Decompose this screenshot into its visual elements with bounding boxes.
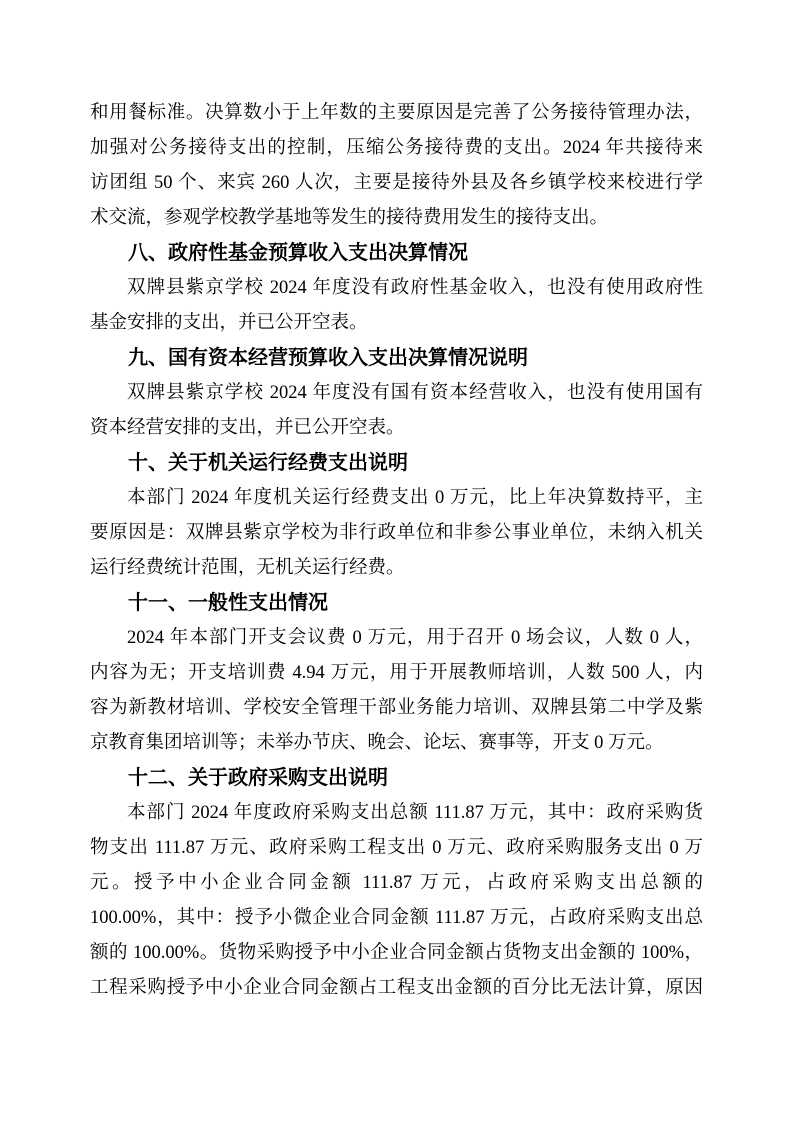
heading-section-11-general-expenditure: 十一、一般性支出情况 xyxy=(90,586,703,621)
text-line: 双牌县紫京学校 2024 年度没有国有资本经营收入，也没有使用国有 xyxy=(90,376,703,411)
text-line: 资本经营安排的支出，并已公开空表。 xyxy=(90,411,703,446)
text-line: 术交流，参观学校教学基地等发生的接待费用发生的接待支出。 xyxy=(90,201,703,236)
paragraph-government-procurement: 本部门 2024 年度政府采购支出总额 111.87 万元，其中：政府采购货 物… xyxy=(90,796,703,1006)
text-line: 京教育集团培训等；未举办节庆、晚会、论坛、赛事等，开支 0 万元。 xyxy=(90,726,703,761)
heading-section-9-state-capital-budget: 九、国有资本经营预算收入支出决算情况说明 xyxy=(90,341,703,376)
text-line: 元。授予中小企业合同金额 111.87 万元，占政府采购支出总额的 xyxy=(90,866,703,901)
text-line: 容为新教材培训、学校安全管理干部业务能力培训、双牌县第二中学及紫 xyxy=(90,691,703,726)
heading-section-12-government-procurement: 十二、关于政府采购支出说明 xyxy=(90,761,703,796)
text-line: 要原因是：双牌县紫京学校为非行政单位和非参公事业单位，未纳入机关 xyxy=(90,516,703,551)
heading-section-10-agency-operating-expense: 十、关于机关运行经费支出说明 xyxy=(90,446,703,481)
document-page: 和用餐标准。决算数小于上年数的主要原因是完善了公务接待管理办法， 加强对公务接待… xyxy=(0,0,793,1122)
text-line: 运行经费统计范围，无机关运行经费。 xyxy=(90,551,703,586)
paragraph-official-reception-continued: 和用餐标准。决算数小于上年数的主要原因是完善了公务接待管理办法， 加强对公务接待… xyxy=(90,96,703,236)
text-line: 100.00%，其中：授予小微企业合同金额 111.87 万元，占政府采购支出总 xyxy=(90,901,703,936)
paragraph-government-fund-budget: 双牌县紫京学校 2024 年度没有政府性基金收入，也没有使用政府性 基金安排的支… xyxy=(90,271,703,341)
text-line: 额的 100.00%。货物采购授予中小企业合同金额占货物支出金额的 100%， xyxy=(90,936,703,971)
text-line: 基金安排的支出，并已公开空表。 xyxy=(90,306,703,341)
paragraph-general-expenditure: 2024 年本部门开支会议费 0 万元，用于召开 0 场会议，人数 0 人， 内… xyxy=(90,621,703,761)
text-line: 本部门 2024 年度机关运行经费支出 0 万元，比上年决算数持平，主 xyxy=(90,481,703,516)
text-line: 本部门 2024 年度政府采购支出总额 111.87 万元，其中：政府采购货 xyxy=(90,796,703,831)
heading-section-8-government-fund-budget: 八、政府性基金预算收入支出决算情况 xyxy=(90,236,703,271)
text-line: 物支出 111.87 万元、政府采购工程支出 0 万元、政府采购服务支出 0 万 xyxy=(90,831,703,866)
text-line: 工程采购授予中小企业合同金额占工程支出金额的百分比无法计算，原因 xyxy=(90,971,703,1006)
text-line: 访团组 50 个、来宾 260 人次，主要是接待外县及各乡镇学校来校进行学 xyxy=(90,166,703,201)
text-line: 2024 年本部门开支会议费 0 万元，用于召开 0 场会议，人数 0 人， xyxy=(90,621,703,656)
text-line: 和用餐标准。决算数小于上年数的主要原因是完善了公务接待管理办法， xyxy=(90,96,703,131)
paragraph-state-capital-budget: 双牌县紫京学校 2024 年度没有国有资本经营收入，也没有使用国有 资本经营安排… xyxy=(90,376,703,446)
paragraph-agency-operating-expense: 本部门 2024 年度机关运行经费支出 0 万元，比上年决算数持平，主 要原因是… xyxy=(90,481,703,586)
text-line: 加强对公务接待支出的控制，压缩公务接待费的支出。2024 年共接待来 xyxy=(90,131,703,166)
text-line: 内容为无；开支培训费 4.94 万元，用于开展教师培训，人数 500 人，内 xyxy=(90,656,703,691)
text-line: 双牌县紫京学校 2024 年度没有政府性基金收入，也没有使用政府性 xyxy=(90,271,703,306)
